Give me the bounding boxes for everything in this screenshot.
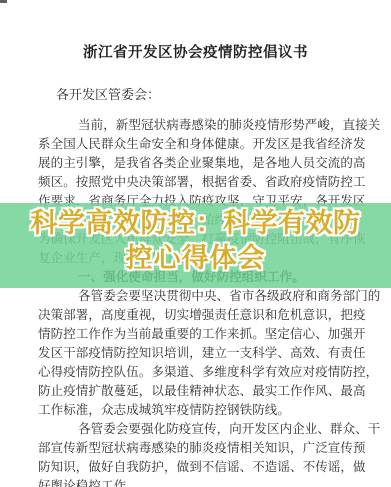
body-line: 防止疫情扩散蔓延，以最佳精神状态、最实工作作风、最高: [38, 381, 378, 400]
watermark-title-line1: 科学高效防控：科学有效防: [0, 206, 391, 242]
body-line: 防知识，做好自我防护，做到不信谣、不造谣、不传谣，做: [38, 457, 378, 476]
body-line: 频区。按照党中央决策部署，根据省委、省政府疫情防控工: [38, 172, 378, 191]
body-line: 情防控工作作为当前最重要的工作来抓。坚定信心、加强开: [38, 324, 378, 343]
body-line: 决策部署，高度重视，切实增强责任意识和危机意识，把疫: [38, 305, 378, 324]
watermark-title: 科学高效防控：科学有效防 控心得体会: [0, 206, 391, 276]
document-page: 浙江省开发区协会疫情防控倡议书 各开发区管委会： 当前，新型冠状病毒感染的肺炎疫…: [0, 0, 391, 487]
body-line: 展的主引擎，是我省各类企业聚集地，是各地人员交流的高: [38, 153, 378, 172]
body-line: 系全国人民群众生命安全和身体健康。开发区是我省经济发: [38, 134, 378, 153]
body-line: 当前，新型冠状病毒感染的肺炎疫情形势严峻，直接关: [38, 115, 378, 134]
body-line: 心得疫情防控队伍。多渠道、多维度科学有效应对疫情防控，: [38, 362, 378, 381]
document-title: 浙江省开发区协会疫情防控倡议书: [0, 41, 391, 62]
scan-artifact-speck: [0, 0, 7, 3]
body-line: 工作标准，众志成城筑牢疫情防控钢铁防线。: [38, 400, 378, 419]
body-line: 各管委会要坚决贯彻中央、省市各级政府和商务部门的: [38, 286, 378, 305]
document-body: 当前，新型冠状病毒感染的肺炎疫情形势严峻，直接关 系全国人民群众生命安全和身体健…: [38, 115, 378, 487]
body-line: 好舆论稳控工作。: [38, 476, 378, 487]
body-line: 各管委会要强化防疫宣传，向开发区内企业、群众、干: [38, 419, 378, 438]
watermark-title-line2: 控心得体会: [0, 242, 391, 276]
body-line: 部宣传新型冠状病毒感染的肺炎疫情相关知识，广泛宣传预: [38, 438, 378, 457]
body-line: 发区干部疫情防控知识培训，建立一支科学、高效、有责任: [38, 343, 378, 362]
salutation-line: 各开发区管委会：: [56, 84, 160, 103]
